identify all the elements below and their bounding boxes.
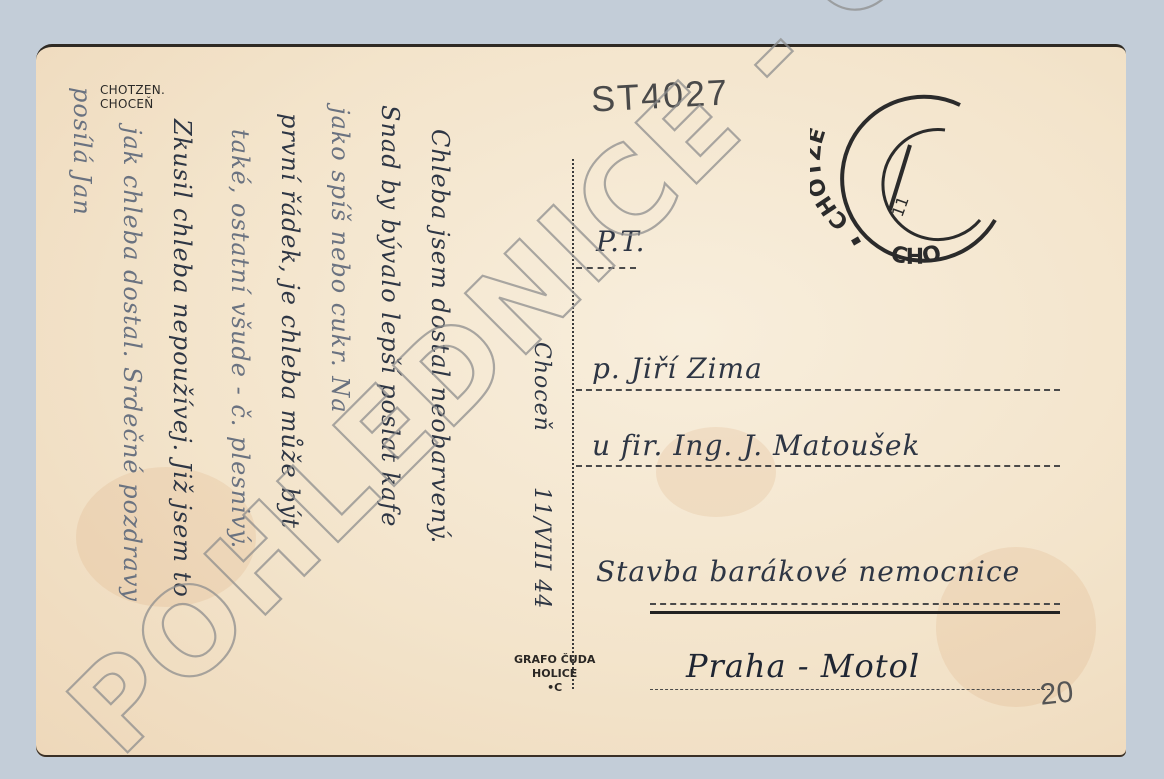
- address-line-1: p. Jiří Zima: [592, 352, 763, 385]
- message-line: posílá Jan: [68, 87, 96, 216]
- postmark-stamp: CHOTZE CHO 11: [810, 70, 1010, 270]
- address-line-rule: [576, 389, 1060, 391]
- address-line-3: Stavba barákové nemocnice: [596, 555, 1020, 588]
- card-divider: [572, 159, 574, 689]
- printed-town-name: CHOTZEN. CHOCEŇ: [100, 83, 165, 111]
- address-line-2: u fir. Ing. J. Matoušek: [592, 429, 920, 462]
- address-line-rule: [650, 689, 1050, 690]
- printer-name: GRAFO ČUDA: [514, 653, 595, 667]
- message-line: Zkusil chleba nepoužívej. Již jsem to: [168, 119, 196, 598]
- catalog-number: ST4027: [590, 71, 730, 120]
- message-line: první řádek, je chleba může být: [276, 113, 304, 529]
- printer-code: •C: [514, 681, 595, 695]
- address-salutation: P.T.: [596, 225, 646, 258]
- address-line-rule: [576, 465, 1060, 467]
- address-line-rule: [576, 267, 636, 269]
- town-czech: CHOCEŇ: [100, 97, 165, 111]
- address-underline: [650, 611, 1060, 614]
- town-german: CHOTZEN.: [100, 83, 165, 97]
- price-note: 20: [1038, 675, 1075, 712]
- message-line: Chleba jsem dostal neobarvený.: [426, 129, 454, 544]
- sender-place: Choceň: [529, 342, 554, 432]
- address-line-rule: [650, 603, 1060, 605]
- printer-mark: GRAFO ČUDA HOLICE •C: [514, 653, 595, 695]
- message-line: Snad by bývalo lepší poslat kafe: [376, 105, 404, 527]
- message-line: jak chleba dostal. Srdečné pozdravy: [118, 127, 146, 602]
- svg-text:CHOTZE: CHOTZE: [810, 125, 854, 234]
- message-line: jako spíš nebo cukr. Na: [326, 107, 354, 414]
- svg-text:CHO: CHO: [889, 241, 944, 270]
- message-line: také, ostatní všude - č. plesnivý.: [226, 129, 254, 549]
- printer-town: HOLICE: [514, 667, 595, 681]
- address-line-4: Praha - Motol: [686, 647, 920, 685]
- sender-date: 11/VIII 44: [529, 487, 554, 609]
